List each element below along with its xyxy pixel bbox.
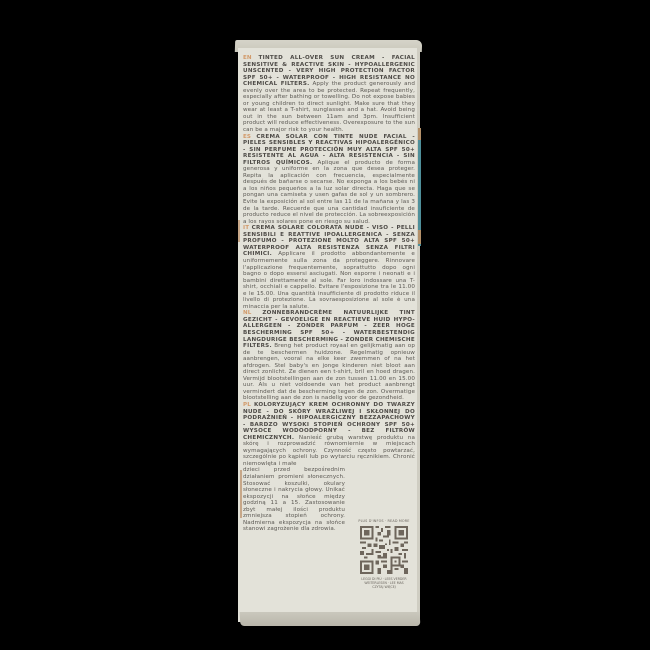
box-edge-accent-tan (240, 470, 242, 518)
qr-caption-bottom: LEGGI DI PIÙ · LEES VERDER WEITERLESEN ·… (353, 577, 415, 590)
box-bottom-flap (240, 612, 421, 626)
language-code: ES (243, 134, 251, 140)
section-body: Apply the product generously and evenly … (243, 81, 415, 133)
section-it: IT CREMA SOLARE COLORATA NUDE - VISO - P… (243, 225, 415, 310)
box-edge-accent-tan (418, 230, 421, 244)
language-code: EN (243, 55, 252, 61)
section-es: ES CREMA SOLAR CON TINTE NUDE FACIAL - P… (243, 134, 415, 226)
qr-caption-top: PLUS D'INFOS · READ MORE (353, 519, 415, 523)
section-body: Breng het product royaal en gelijkmatig … (243, 343, 415, 401)
section-nl: NL ZONNEBRANDCRÈME NATUURLIJKE TINT GEZI… (243, 310, 415, 402)
qr-caption-line: CZYTAJ WIĘCEJ (353, 585, 415, 589)
language-code: PL (243, 402, 251, 408)
box-edge-accent (418, 128, 421, 246)
section-body-narrow: dzieci przed bezpośrednim działaniem pro… (243, 467, 345, 532)
section-body: Aplique el producto de forma generosa y … (243, 160, 415, 225)
section-en: EN TINTED ALL-OVER SUN CREAM - FACIAL SE… (243, 55, 415, 134)
product-instructions: EN TINTED ALL-OVER SUN CREAM - FACIAL SE… (243, 55, 415, 533)
qr-block: PLUS D'INFOS · READ MORE (353, 519, 415, 590)
qr-code-icon[interactable] (360, 526, 408, 574)
section-body: Applicare il prodotto abbondantemente e … (243, 251, 415, 309)
language-code: NL (243, 310, 251, 316)
box-edge-accent-tan (238, 220, 240, 242)
language-code: IT (243, 225, 249, 231)
box-edge-accent-tan (418, 128, 421, 140)
section-pl: PL KOLORYZUJĄCY KREM OCHRONNY DO TWARZY … (243, 402, 415, 533)
